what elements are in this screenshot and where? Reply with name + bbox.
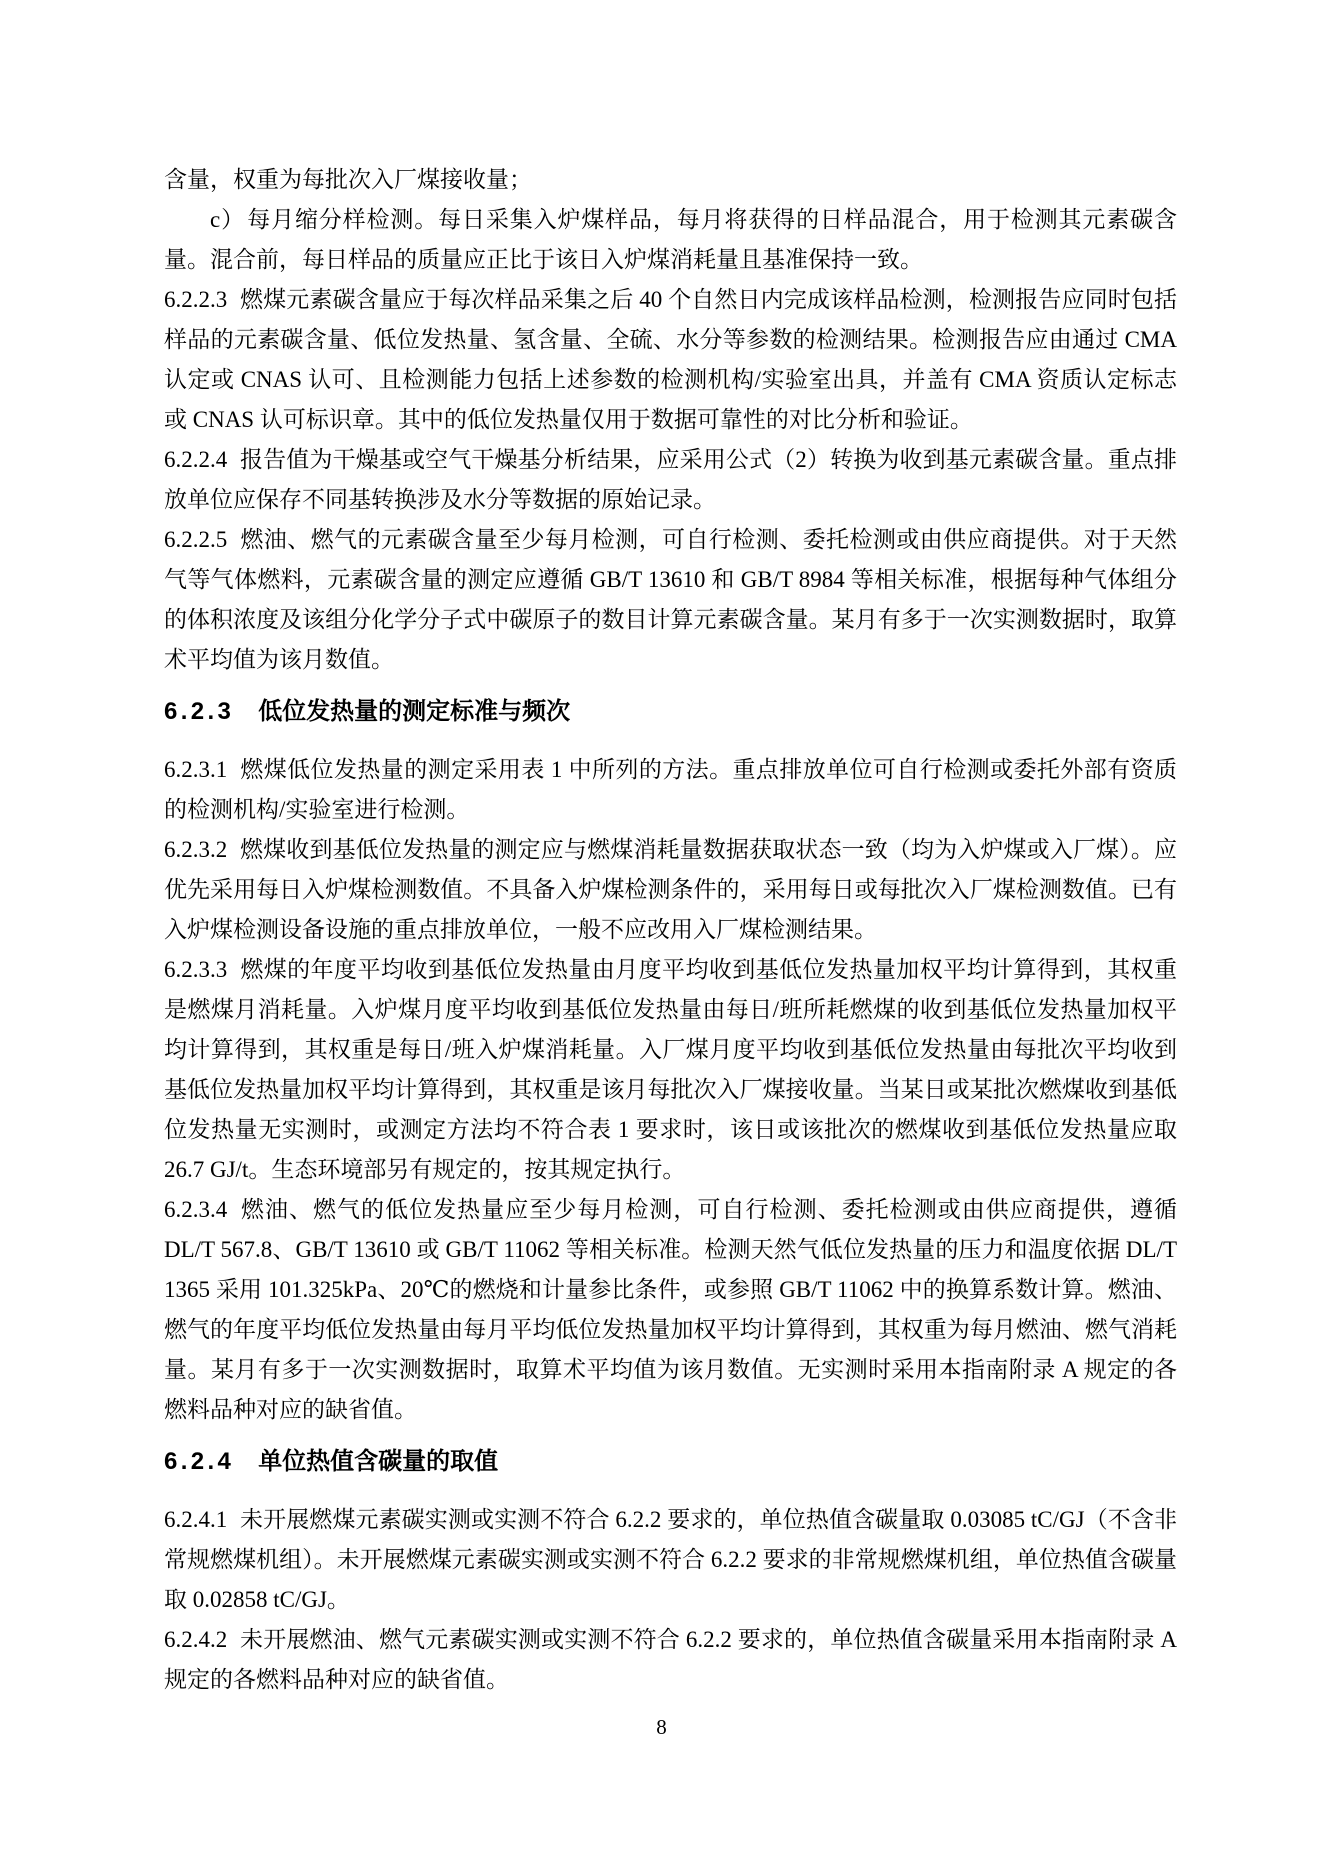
clause-6232: 6.2.3.2燃煤收到基低位发热量的测定应与燃煤消耗量数据获取状态一致（均为入炉… (164, 830, 1177, 950)
clause-6241: 6.2.4.1未开展燃煤元素碳实测或实测不符合 6.2.2 要求的，单位热值含碳… (164, 1500, 1177, 1620)
clause-number: 6.2.4.1 (164, 1507, 227, 1532)
clause-text: 燃煤元素碳含量应于每次样品采集之后 40 个自然日内完成该样品检测，检测报告应同… (164, 287, 1177, 432)
section-title: 单位热值含碳量的取值 (258, 1448, 498, 1475)
clause-6242: 6.2.4.2未开展燃油、燃气元素碳实测或实测不符合 6.2.2 要求的，单位热… (164, 1620, 1177, 1700)
clause-6224: 6.2.2.4报告值为干燥基或空气干燥基分析结果，应采用公式（2）转换为收到基元… (164, 440, 1177, 520)
clause-6231: 6.2.3.1燃煤低位发热量的测定采用表 1 中所列的方法。重点排放单位可自行检… (164, 750, 1177, 830)
clause-number: 6.2.3.4 (164, 1197, 227, 1222)
clause-6223: 6.2.2.3燃煤元素碳含量应于每次样品采集之后 40 个自然日内完成该样品检测… (164, 280, 1177, 440)
clause-text: 燃煤收到基低位发热量的测定应与燃煤消耗量数据获取状态一致（均为入炉煤或入厂煤）。… (164, 837, 1177, 942)
clause-text: 未开展燃煤元素碳实测或实测不符合 6.2.2 要求的，单位热值含碳量取 0.03… (164, 1507, 1177, 1612)
clause-text: 燃煤低位发热量的测定采用表 1 中所列的方法。重点排放单位可自行检测或委托外部有… (164, 757, 1177, 822)
clause-number: 6.2.3.3 (164, 957, 227, 982)
clause-text: 含量，权重为每批次入厂煤接收量； (164, 167, 532, 192)
section-number: 6.2.3 (164, 698, 234, 725)
clause-number: 6.2.2.3 (164, 287, 227, 312)
document-body: 含量，权重为每批次入厂煤接收量； c）每月缩分样检测。每日采集入炉煤样品，每月将… (164, 160, 1177, 1700)
section-number: 6.2.4 (164, 1448, 234, 1475)
clause-number: 6.2.3.2 (164, 837, 227, 862)
clause-text: 每月缩分样检测。每日采集入炉煤样品，每月将获得的日样品混合，用于检测其元素碳含量… (164, 207, 1177, 272)
paragraph-continuation: 含量，权重为每批次入厂煤接收量； (164, 160, 1177, 200)
clause-text: 燃油、燃气的低位发热量应至少每月检测，可自行检测、委托检测或由供应商提供，遵循 … (164, 1197, 1177, 1422)
clause-6234: 6.2.3.4燃油、燃气的低位发热量应至少每月检测，可自行检测、委托检测或由供应… (164, 1190, 1177, 1430)
clause-text: 燃油、燃气的元素碳含量至少每月检测，可自行检测、委托检测或由供应商提供。对于天然… (164, 527, 1177, 672)
clause-6225: 6.2.2.5燃油、燃气的元素碳含量至少每月检测，可自行检测、委托检测或由供应商… (164, 520, 1177, 680)
document-page: 含量，权重为每批次入厂煤接收量； c）每月缩分样检测。每日采集入炉煤样品，每月将… (0, 0, 1323, 1871)
section-title: 低位发热量的测定标准与频次 (258, 698, 570, 725)
clause-number: 6.2.2.4 (164, 447, 227, 472)
section-heading-623: 6.2.3低位发热量的测定标准与频次 (164, 692, 1177, 732)
list-item-c: c）每月缩分样检测。每日采集入炉煤样品，每月将获得的日样品混合，用于检测其元素碳… (164, 200, 1177, 280)
section-heading-624: 6.2.4单位热值含碳量的取值 (164, 1442, 1177, 1482)
list-item-label: c） (210, 207, 245, 232)
clause-number: 6.2.3.1 (164, 757, 227, 782)
clause-text: 报告值为干燥基或空气干燥基分析结果，应采用公式（2）转换为收到基元素碳含量。重点… (164, 447, 1177, 512)
clause-text: 燃煤的年度平均收到基低位发热量由月度平均收到基低位发热量加权平均计算得到，其权重… (164, 957, 1177, 1182)
clause-number: 6.2.2.5 (164, 527, 227, 552)
page-number: 8 (0, 1712, 1323, 1742)
clause-6233: 6.2.3.3燃煤的年度平均收到基低位发热量由月度平均收到基低位发热量加权平均计… (164, 950, 1177, 1190)
clause-number: 6.2.4.2 (164, 1627, 227, 1652)
clause-text: 未开展燃油、燃气元素碳实测或实测不符合 6.2.2 要求的，单位热值含碳量采用本… (164, 1627, 1177, 1692)
